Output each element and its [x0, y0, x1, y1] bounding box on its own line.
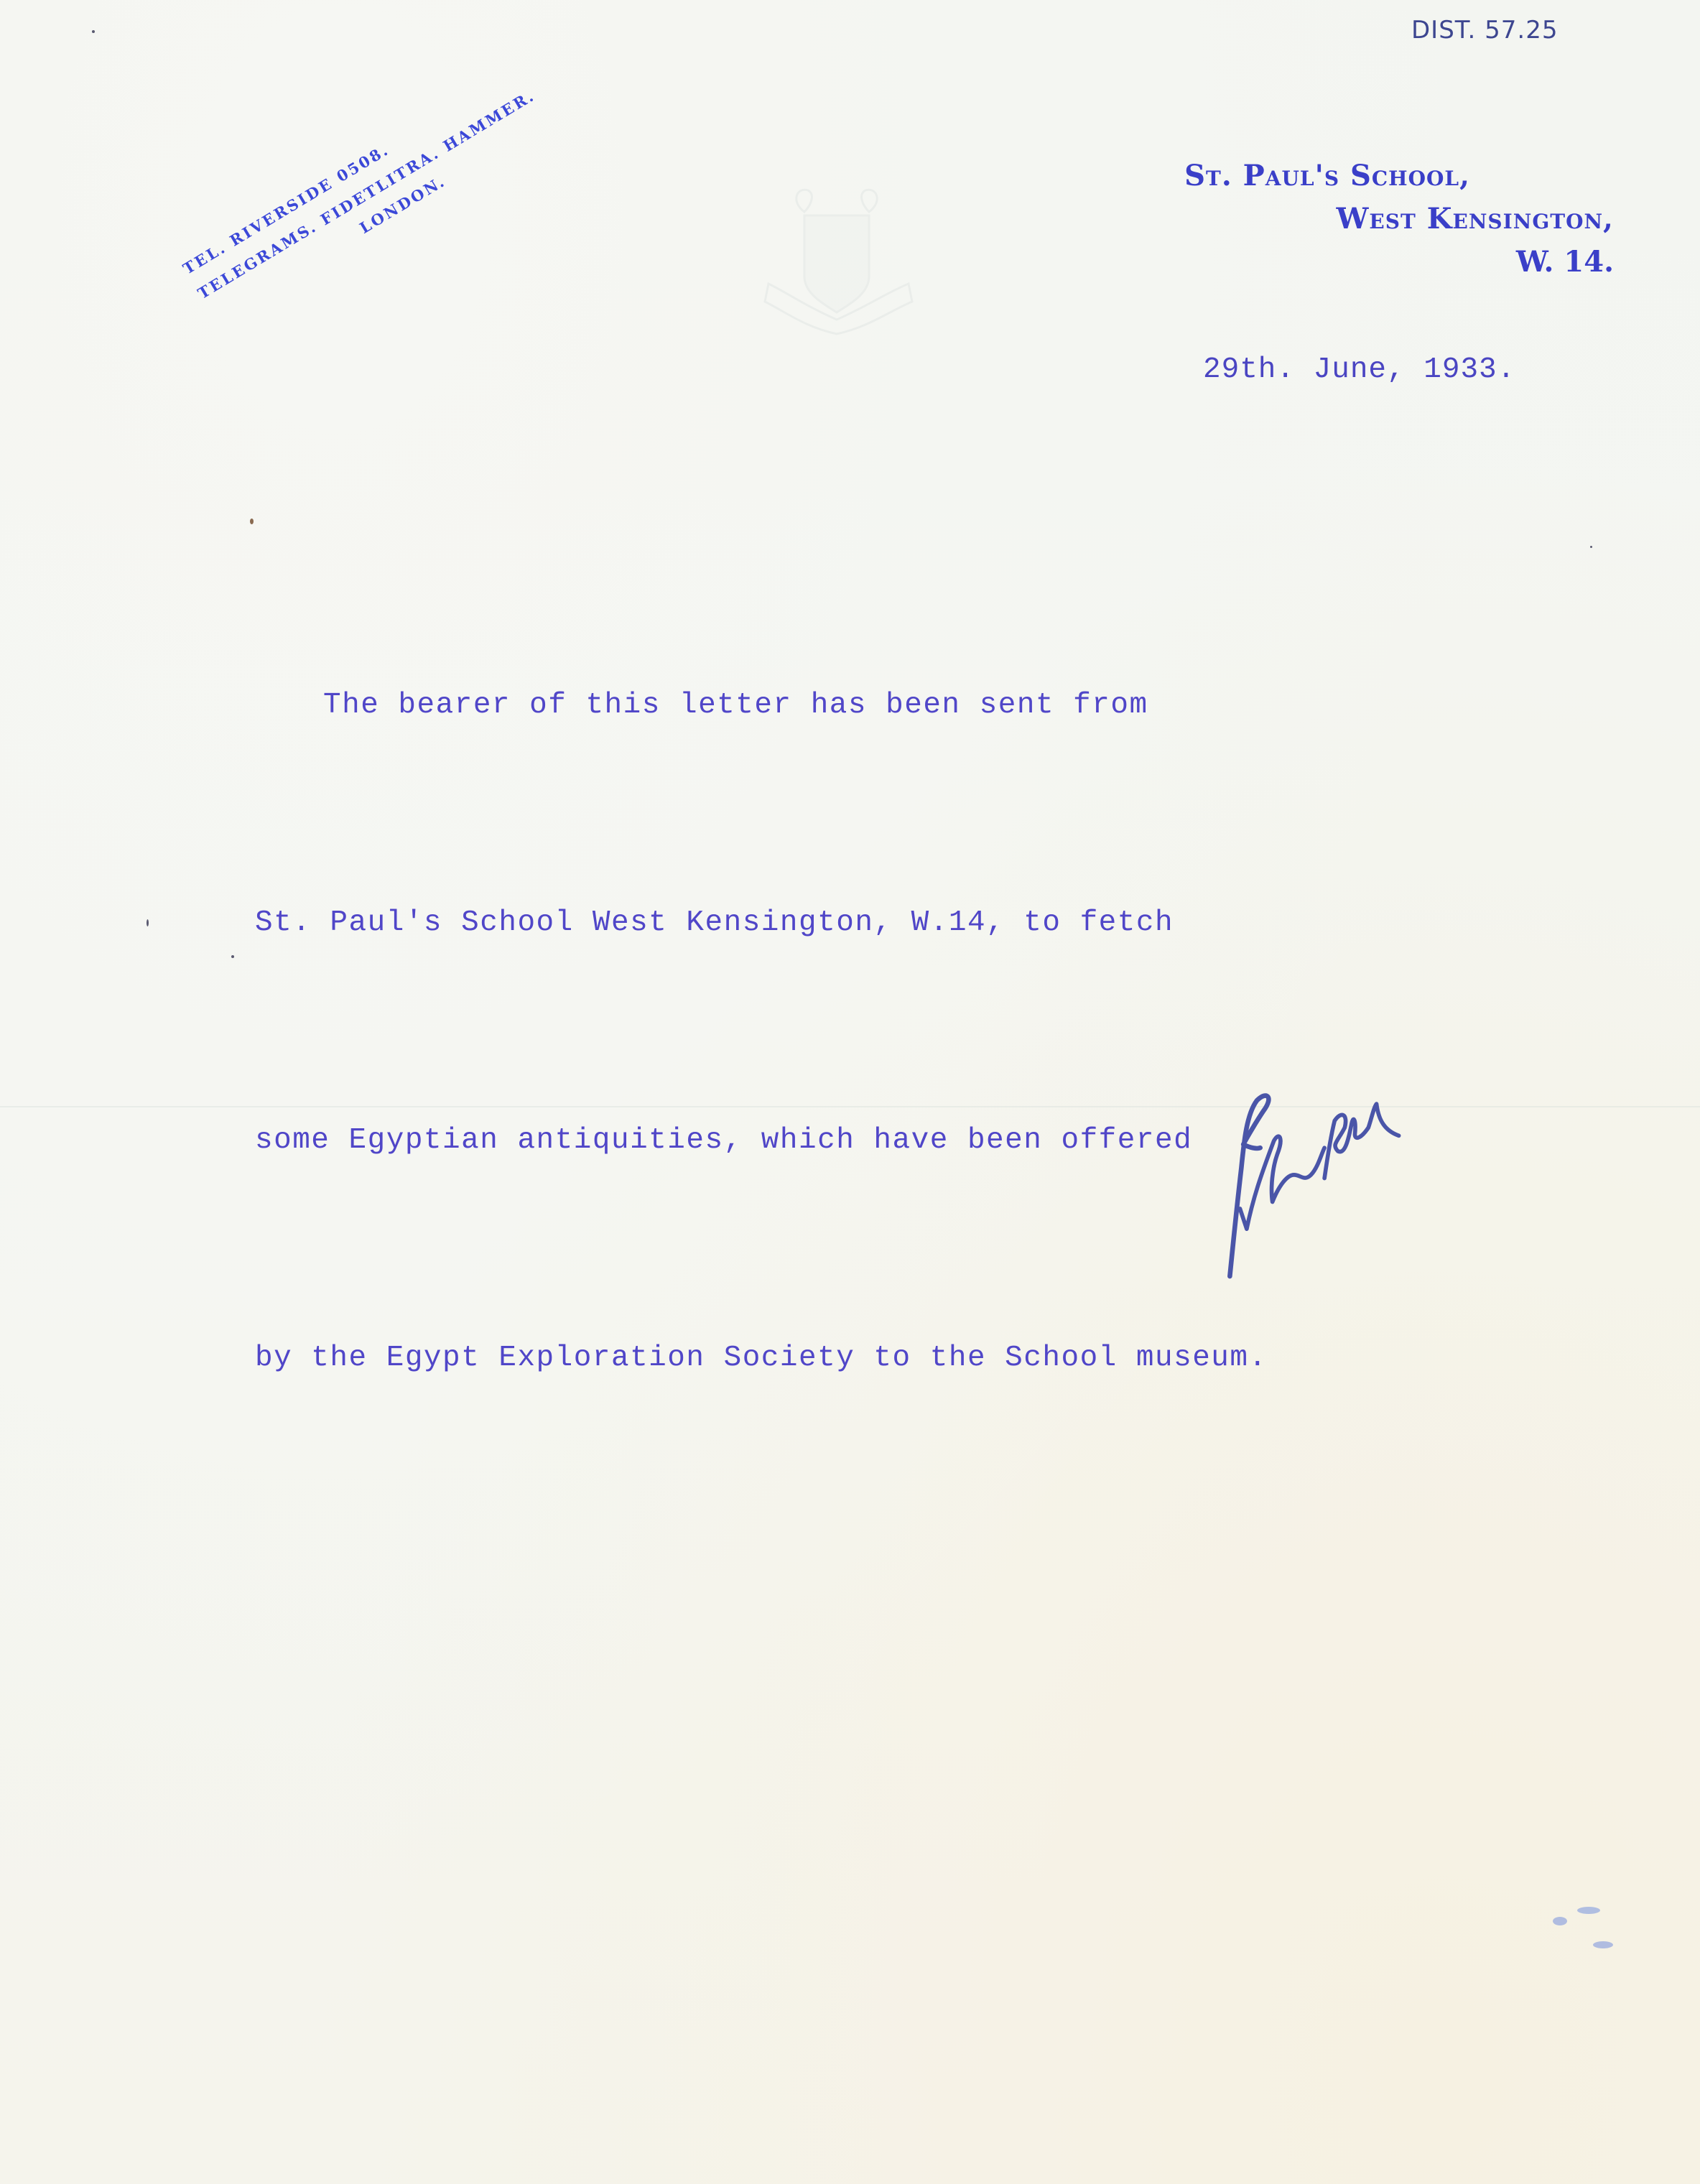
ink-smudge-marks: [1537, 1889, 1638, 1953]
signature-icon: [1199, 1070, 1429, 1300]
paper-speck: [92, 30, 95, 33]
letterhead-address: St. Paul's School, West Kensington, W. 1…: [1184, 154, 1614, 284]
body-line: The bearer of this letter has been sent …: [255, 669, 1268, 742]
letter-date: 29th. June, 1933.: [1203, 353, 1515, 386]
embossed-crest-icon: [747, 151, 926, 338]
paper-speck: [1590, 546, 1592, 548]
letter-body: The bearer of this letter has been sent …: [255, 524, 1268, 1467]
paper-speck: [147, 919, 149, 926]
body-line: by the Egypt Exploration Society to the …: [255, 1322, 1268, 1395]
body-line: some Egyptian antiquities, which have be…: [255, 1105, 1268, 1177]
archive-reference: DIST. 57.25: [1411, 16, 1558, 45]
letterhead-school-name: St. Paul's School,: [1184, 154, 1470, 198]
paper-speck: [250, 519, 254, 524]
letterhead-postcode: W. 14.: [1184, 241, 1614, 284]
paper-speck: [231, 955, 234, 958]
letterhead-district: West Kensington,: [1184, 198, 1614, 241]
body-line: St. Paul's School West Kensington, W.14,…: [255, 887, 1268, 959]
